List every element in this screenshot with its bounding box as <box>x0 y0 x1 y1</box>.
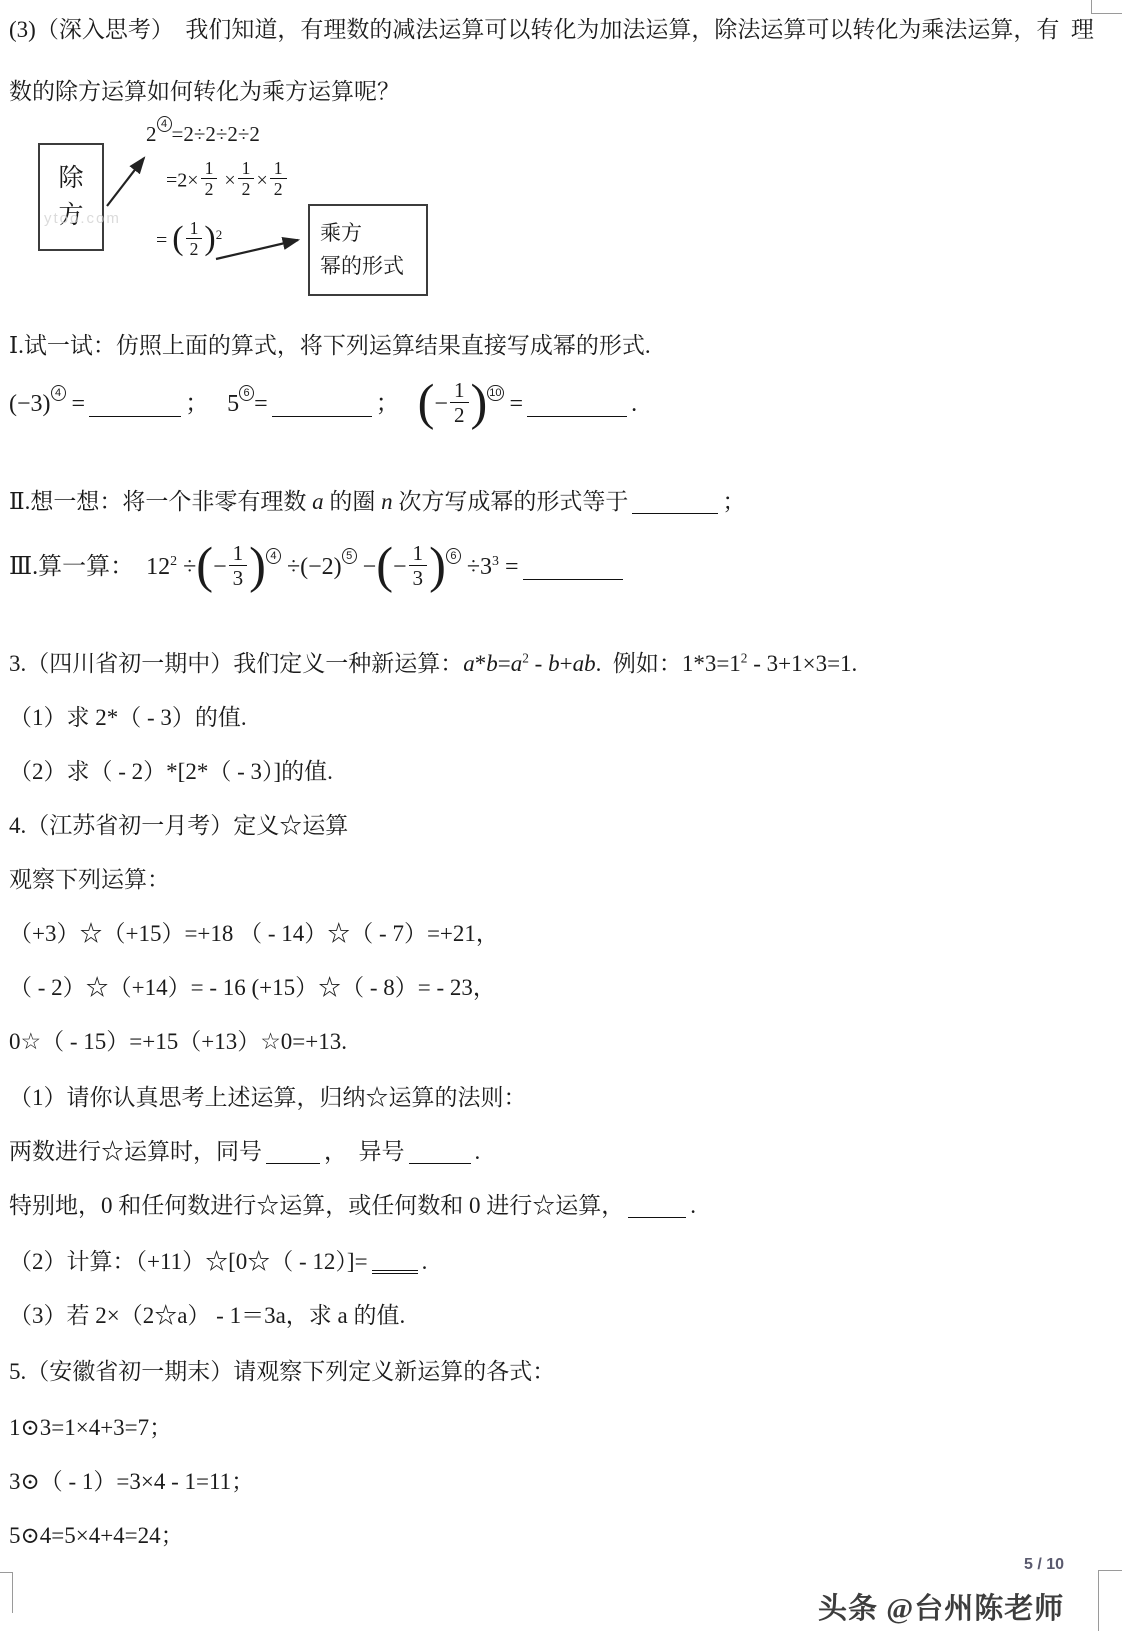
faint-site-watermark: ytoo.com <box>44 210 121 227</box>
author-watermark: 头条 @台州陈老师 <box>818 1586 1064 1627</box>
question4-part2-fill-in: （2）计算：（+11）☆[0☆（ - 12）]=. <box>9 1246 1112 1278</box>
question4-title: 4.（江苏省初一月考）定义☆运算 <box>9 810 1112 842</box>
question3-title: 3.（四川省初一期中）我们定义一种新运算：a*b=a2 - b+ab. 例如：1… <box>9 648 1112 680</box>
question5-line-3: 5⊙4=5×4+4=24； <box>9 1520 1112 1552</box>
question4-observe: 观察下列运算： <box>9 864 1112 896</box>
power-form-label-line-1: 乘方 <box>320 217 362 250</box>
division-label-char-1: 除 <box>58 160 83 198</box>
division-to-power-diagram: 除 方 ytoo.com 24=2÷2÷2÷2 =2×12 ×12×12 = (… <box>0 118 470 323</box>
power-form-label-box: 乘方 幂的形式 <box>308 204 428 296</box>
page-corner-mark-bottom-left <box>0 1572 13 1613</box>
question3-part2: （2）求（ - 2）*[2*（ - 3）]的值. <box>9 756 1112 788</box>
power-form-label-line-2: 幂的形式 <box>320 250 404 283</box>
page-corner-mark-top-right <box>1091 0 1122 14</box>
question4-special-fill-in: 特别地，0 和任何数进行☆运算，或任何数和 0 进行☆运算，. <box>9 1190 1112 1222</box>
section1-title: Ⅰ.试一试：仿照上面的算式，将下列运算结果直接写成幂的形式. <box>9 330 1112 362</box>
diagram-expression-middle: =2×12 ×12×12 <box>166 162 289 202</box>
question4-rule-fill-in: 两数进行☆运算时，同号， 异号. <box>9 1136 1112 1168</box>
diagram-expression-top: 24=2÷2÷2÷2 <box>146 122 260 147</box>
intro-paragraph-line-2: 数的除方运算如何转化为乘方运算呢？ <box>9 76 1112 108</box>
division-label-box: 除 方 <box>38 143 104 251</box>
worksheet-page: (3)（深入思考） 我们知道，有理数的减法运算可以转化为加法运算，除法运算可以转… <box>0 0 1122 1638</box>
question5-line-2: 3⊙（ - 1）=3×4 - 1=11； <box>9 1466 1112 1498</box>
question4-example-2: （ - 2）☆（+14）= - 16 (+15）☆（ - 8）= - 23， <box>9 972 1112 1004</box>
question5-line-1: 1⊙3=1×4+3=7； <box>9 1412 1112 1444</box>
section1-fill-in-formula: (−3)4 =； 56=； (−12)10 =. <box>9 382 1112 429</box>
question4-example-1: （+3）☆（+15）=+18 （ - 14）☆（ - 7）=+21， <box>9 918 1112 950</box>
section2-think-line: Ⅱ.想一想：将一个非零有理数 a 的圈 n 次方写成幂的形式等于； <box>9 486 1112 518</box>
diagram-expression-bottom: = (12)2 <box>156 222 222 262</box>
question5-title: 5.（安徽省初一期末）请观察下列定义新运算的各式： <box>9 1356 1112 1388</box>
intro-paragraph-line-1: (3)（深入思考） 我们知道，有理数的减法运算可以转化为加法运算，除法运算可以转… <box>9 14 1112 46</box>
section3-calculate-formula: Ⅲ.算一算： 122 ÷(−13)4 ÷(−2)5 −(−13)6 ÷33 = <box>9 545 1112 592</box>
page-number: 5 / 10 <box>1024 1556 1064 1574</box>
page-corner-mark-bottom-right <box>1098 1570 1122 1631</box>
question4-part3: （3）若 2×（2☆a） - 1＝3a，求 a 的值. <box>9 1300 1112 1332</box>
question4-example-3: 0☆（ - 15）=+15（+13）☆0=+13. <box>9 1026 1112 1058</box>
question4-part1: （1）请你认真思考上述运算，归纳☆运算的法则： <box>9 1082 1112 1114</box>
question3-part1: （1）求 2*（ - 3）的值. <box>9 702 1112 734</box>
